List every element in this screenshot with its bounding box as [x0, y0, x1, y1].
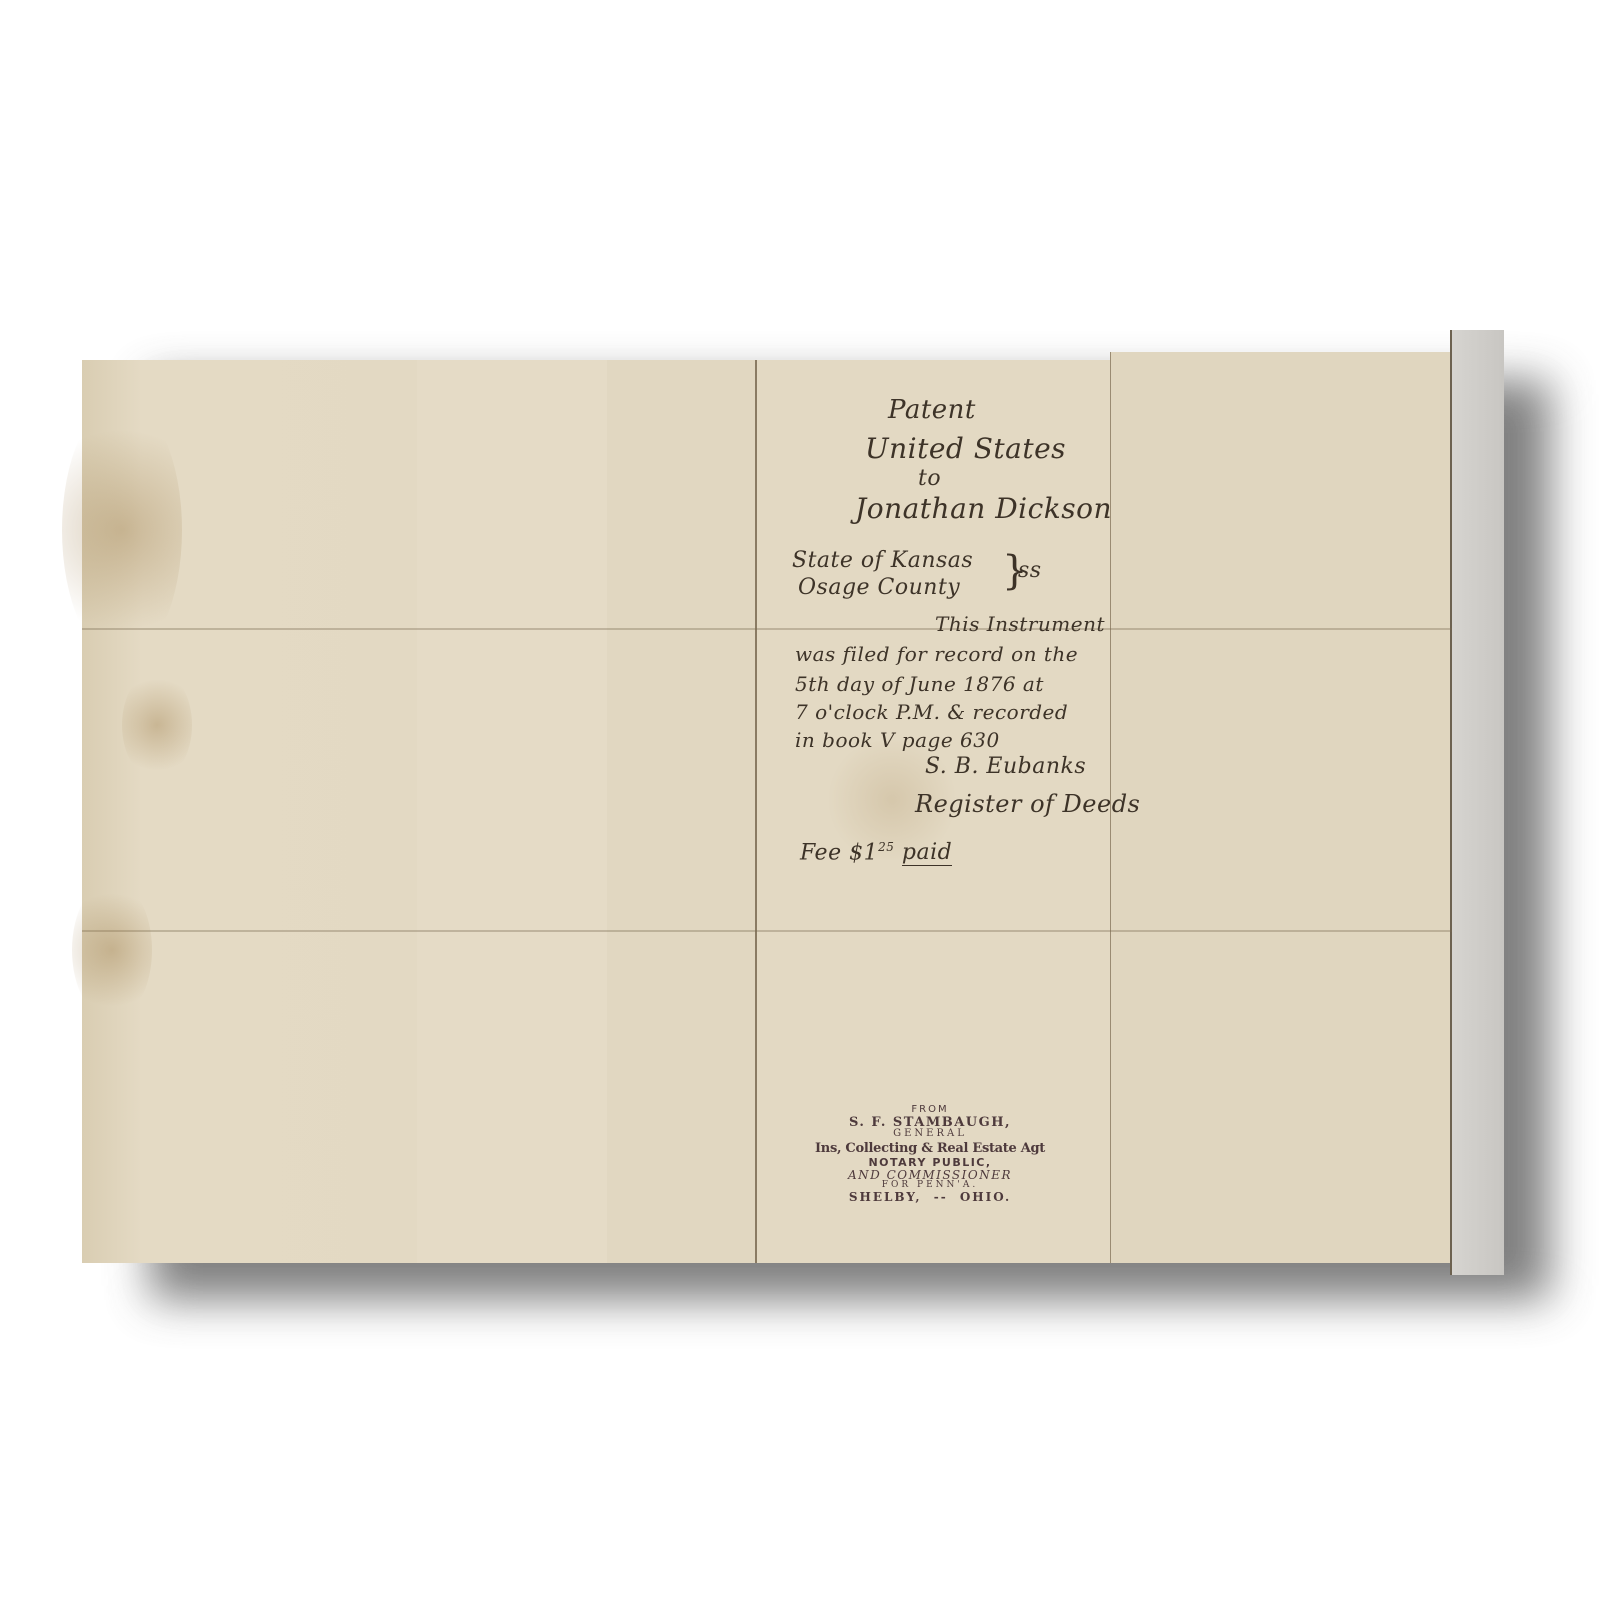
fee-status: paid — [902, 840, 952, 866]
panel-left-center — [417, 360, 607, 1263]
venue-state: State of Kansas — [792, 548, 973, 573]
recording-line: 5th day of June 1876 at — [795, 672, 1044, 696]
recording-fee: Fee $125 paid — [800, 840, 952, 865]
register-signature: S. B. Eubanks — [925, 754, 1086, 779]
stamp-from: FROM — [810, 1105, 1050, 1116]
folded-document — [82, 360, 1472, 1263]
panel-folded-edge — [1450, 330, 1504, 1275]
recording-line: in book V page 630 — [795, 728, 1000, 752]
fee-cents: 25 — [878, 840, 894, 854]
stamp-business: Ins, Collecting & Real Estate Agt — [810, 1142, 1050, 1156]
stamp-location: SHELBY, -- OHIO. — [810, 1191, 1050, 1204]
fee-amount: Fee $1 — [800, 840, 878, 865]
grantee: Jonathan Dickson — [855, 492, 1112, 525]
connector: to — [918, 466, 941, 491]
recording-line: was filed for record on the — [795, 642, 1078, 666]
venue-county: Osage County — [798, 575, 960, 600]
recording-line: 7 o'clock P.M. & recorded — [795, 700, 1068, 724]
endorsement-title: Patent — [888, 395, 976, 425]
stamp-general: GENERAL — [810, 1129, 1050, 1140]
water-stain — [72, 880, 152, 1020]
venue-mark: ss — [1018, 558, 1042, 583]
panel-right — [1110, 352, 1451, 1263]
stamp-name: S. F. STAMBAUGH, — [810, 1116, 1050, 1130]
water-stain — [62, 400, 182, 660]
recording-line: This Instrument — [935, 612, 1105, 636]
register-title: Register of Deeds — [915, 790, 1140, 818]
fold-crease-lower — [82, 930, 1452, 932]
panel-center-left — [607, 360, 755, 1263]
water-stain — [122, 670, 192, 780]
grantor: United States — [865, 432, 1066, 465]
fold-crease-upper — [82, 628, 1452, 630]
notary-stamp: FROM S. F. STAMBAUGH, GENERAL Ins, Colle… — [810, 1105, 1050, 1203]
